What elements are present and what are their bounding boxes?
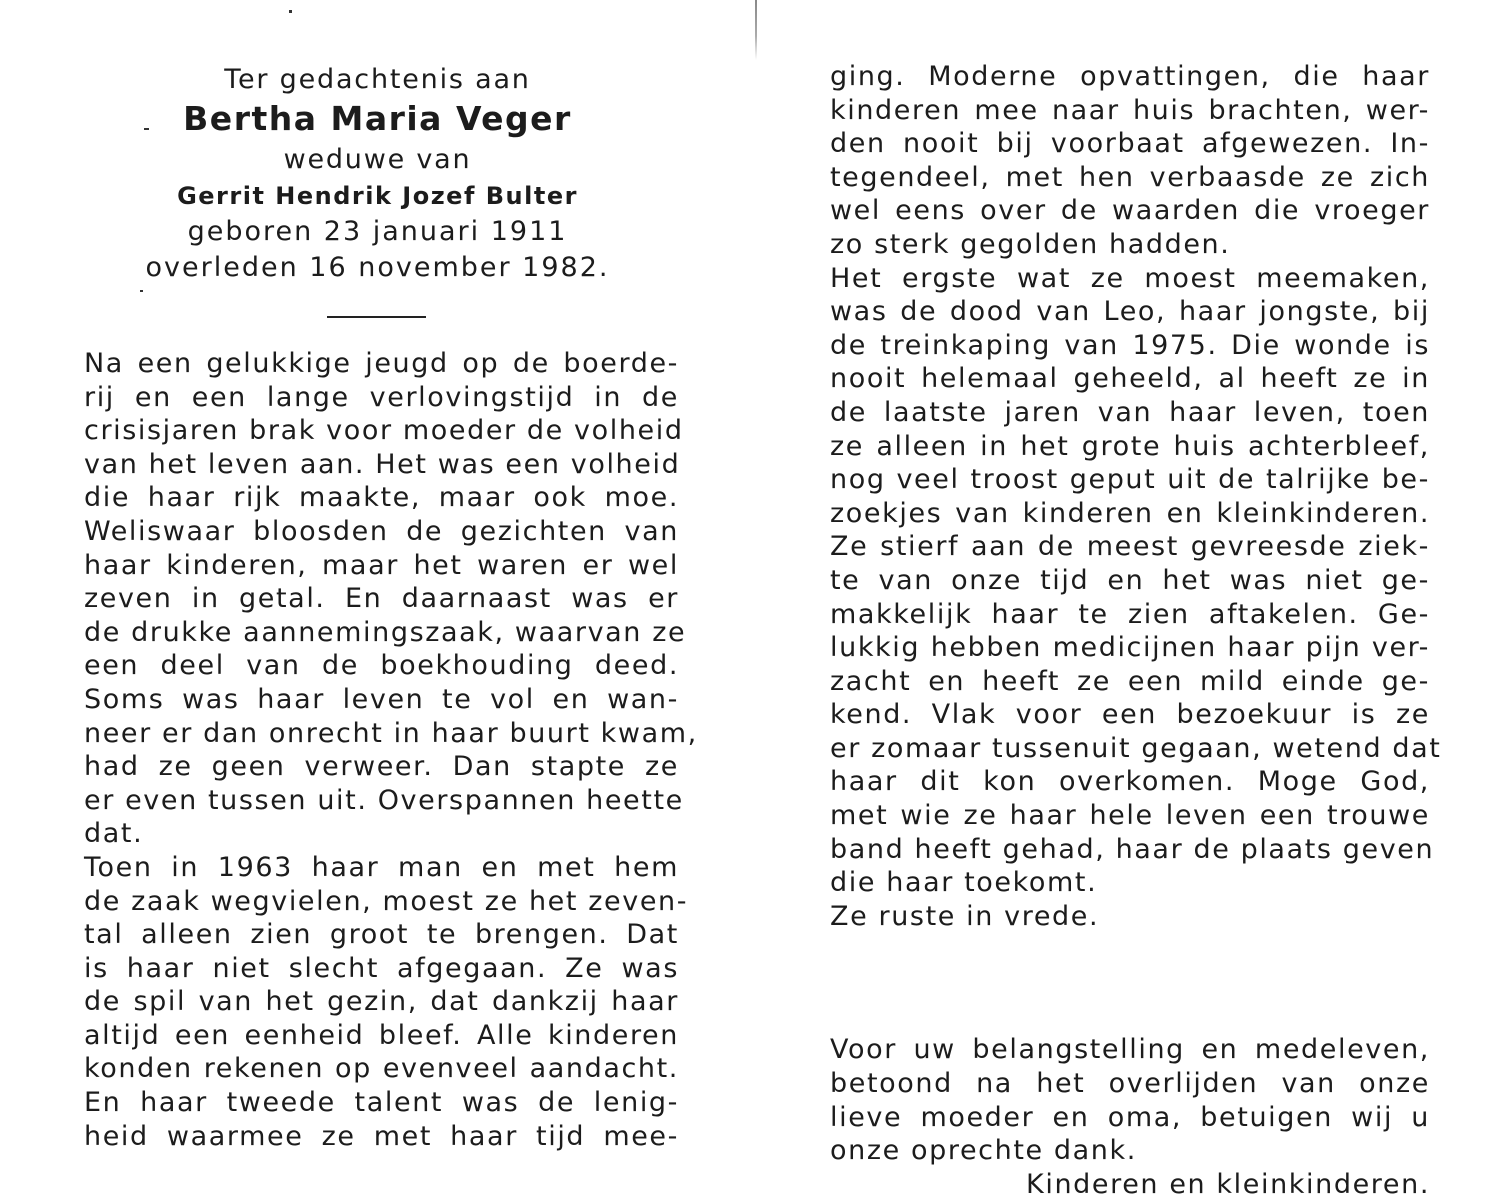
text-line: een deel van de boekhouding deed. — [84, 649, 679, 683]
right-column-text: ging. Moderne opvattingen, die haarkinde… — [830, 60, 1430, 1200]
text-line: de treinkaping van 1975. Die wonde is — [830, 329, 1430, 363]
text-line: Weliswaar bloosden de gezichten van — [84, 515, 679, 549]
deceased-name: Bertha Maria Veger — [140, 96, 615, 142]
text-line: betoond na het overlijden van onze — [830, 1067, 1430, 1101]
text-line: altijd een eenheid bleef. Alle kinderen — [84, 1019, 679, 1053]
text-line: de drukke aannemingszaak, waarvan ze — [84, 616, 679, 650]
text-line: heid waarmee ze met haar tijd mee- — [84, 1120, 679, 1154]
text-line: den nooit bij voorbaat afgewezen. In- — [830, 127, 1430, 161]
text-line: lukkig hebben medicijnen haar pijn ver- — [830, 631, 1430, 665]
signature: Kinderen en kleinkinderen. — [830, 1168, 1430, 1200]
text-line: tal alleen zien groot te brengen. Dat — [84, 918, 679, 952]
text-line: neer er dan onrecht in haar buurt kwam, — [84, 717, 679, 751]
biography-continued: ging. Moderne opvattingen, die haarkinde… — [830, 60, 1430, 933]
death-date: overleden 16 november 1982. — [140, 250, 615, 286]
text-line: makkelijk haar te zien aftakelen. Ge- — [830, 598, 1430, 632]
text-line: die haar toekomt. — [830, 866, 1430, 900]
text-line: de zaak wegvielen, moest ze het zeven- — [84, 885, 679, 919]
text-line: konden rekenen op evenveel aandacht. — [84, 1052, 679, 1086]
thanks-paragraph: Voor uw belangstelling en medeleven,beto… — [830, 1033, 1430, 1167]
memorial-heading: Ter gedachtenis aan Bertha Maria Veger w… — [140, 62, 615, 286]
print-speck — [140, 290, 143, 292]
text-line: die haar rijk maakte, maar ook moe. — [84, 481, 679, 515]
fold-line — [755, 0, 757, 60]
text-line: te van onze tijd en het was niet ge- — [830, 564, 1430, 598]
text-line: ging. Moderne opvattingen, die haar — [830, 60, 1430, 94]
birth-date: geboren 23 januari 1911 — [140, 214, 615, 250]
text-line: er zomaar tussenuit gegaan, wetend dat — [830, 732, 1430, 766]
memorial-card: Ter gedachtenis aan Bertha Maria Veger w… — [0, 0, 1497, 1200]
spouse-name: Gerrit Hendrik Jozef Bulter — [140, 178, 615, 214]
text-line: Soms was haar leven te vol en wan- — [84, 683, 679, 717]
text-line: nooit helemaal geheeld, al heeft ze in — [830, 362, 1430, 396]
heading-intro: Ter gedachtenis aan — [140, 62, 615, 98]
text-line: En haar tweede talent was de lenig- — [84, 1086, 679, 1120]
text-line: was de dood van Leo, haar jongste, bij — [830, 295, 1430, 329]
print-speck — [289, 10, 292, 13]
text-line: zeven in getal. En daarnaast was er — [84, 582, 679, 616]
text-line: band heeft gehad, haar de plaats geven — [830, 833, 1430, 867]
heading-relation: weduwe van — [140, 142, 615, 178]
section-gap — [830, 933, 1430, 1033]
text-line: onze oprechte dank. — [830, 1134, 1430, 1168]
text-line: de spil van het gezin, dat dankzij haar — [84, 985, 679, 1019]
text-line: kend. Vlak voor een bezoekuur is ze — [830, 698, 1430, 732]
text-line: dat. — [84, 817, 679, 851]
text-line: de laatste jaren van haar leven, toen — [830, 396, 1430, 430]
text-line: haar dit kon overkomen. Moge God, — [830, 765, 1430, 799]
text-line: crisisjaren brak voor moeder de volheid — [84, 414, 679, 448]
text-line: zo sterk gegolden hadden. — [830, 228, 1430, 262]
text-line: Ze stierf aan de meest gevreesde ziek- — [830, 530, 1430, 564]
text-line: lieve moeder en oma, betuigen wij u — [830, 1101, 1430, 1135]
text-line: zacht en heeft ze een mild einde ge- — [830, 665, 1430, 699]
heading-divider — [327, 316, 426, 318]
text-line: zoekjes van kinderen en kleinkinderen. — [830, 497, 1430, 531]
text-line: wel eens over de waarden die vroeger — [830, 194, 1430, 228]
text-line: tegendeel, met hen verbaasde ze zich — [830, 161, 1430, 195]
text-line: kinderen mee naar huis brachten, wer- — [830, 94, 1430, 128]
text-line: had ze geen verweer. Dan stapte ze — [84, 750, 679, 784]
text-line: Voor uw belangstelling en medeleven, — [830, 1033, 1430, 1067]
left-column-text: Na een gelukkige jeugd op de boerde-rij … — [84, 347, 679, 1153]
text-line: rij en een lange verlovingstijd in de — [84, 381, 679, 415]
text-line: Toen in 1963 haar man en met hem — [84, 851, 679, 885]
text-line: er even tussen uit. Overspannen heette — [84, 784, 679, 818]
text-line: haar kinderen, maar het waren er wel — [84, 549, 679, 583]
text-line: Na een gelukkige jeugd op de boerde- — [84, 347, 679, 381]
text-line: van het leven aan. Het was een volheid — [84, 448, 679, 482]
text-line: Ze ruste in vrede. — [830, 900, 1430, 934]
text-line: is haar niet slecht afgegaan. Ze was — [84, 952, 679, 986]
text-line: met wie ze haar hele leven een trouwe — [830, 799, 1430, 833]
text-line: nog veel troost geput uit de talrijke be… — [830, 463, 1430, 497]
text-line: Het ergste wat ze moest meemaken, — [830, 262, 1430, 296]
text-line: ze alleen in het grote huis achterbleef, — [830, 430, 1430, 464]
